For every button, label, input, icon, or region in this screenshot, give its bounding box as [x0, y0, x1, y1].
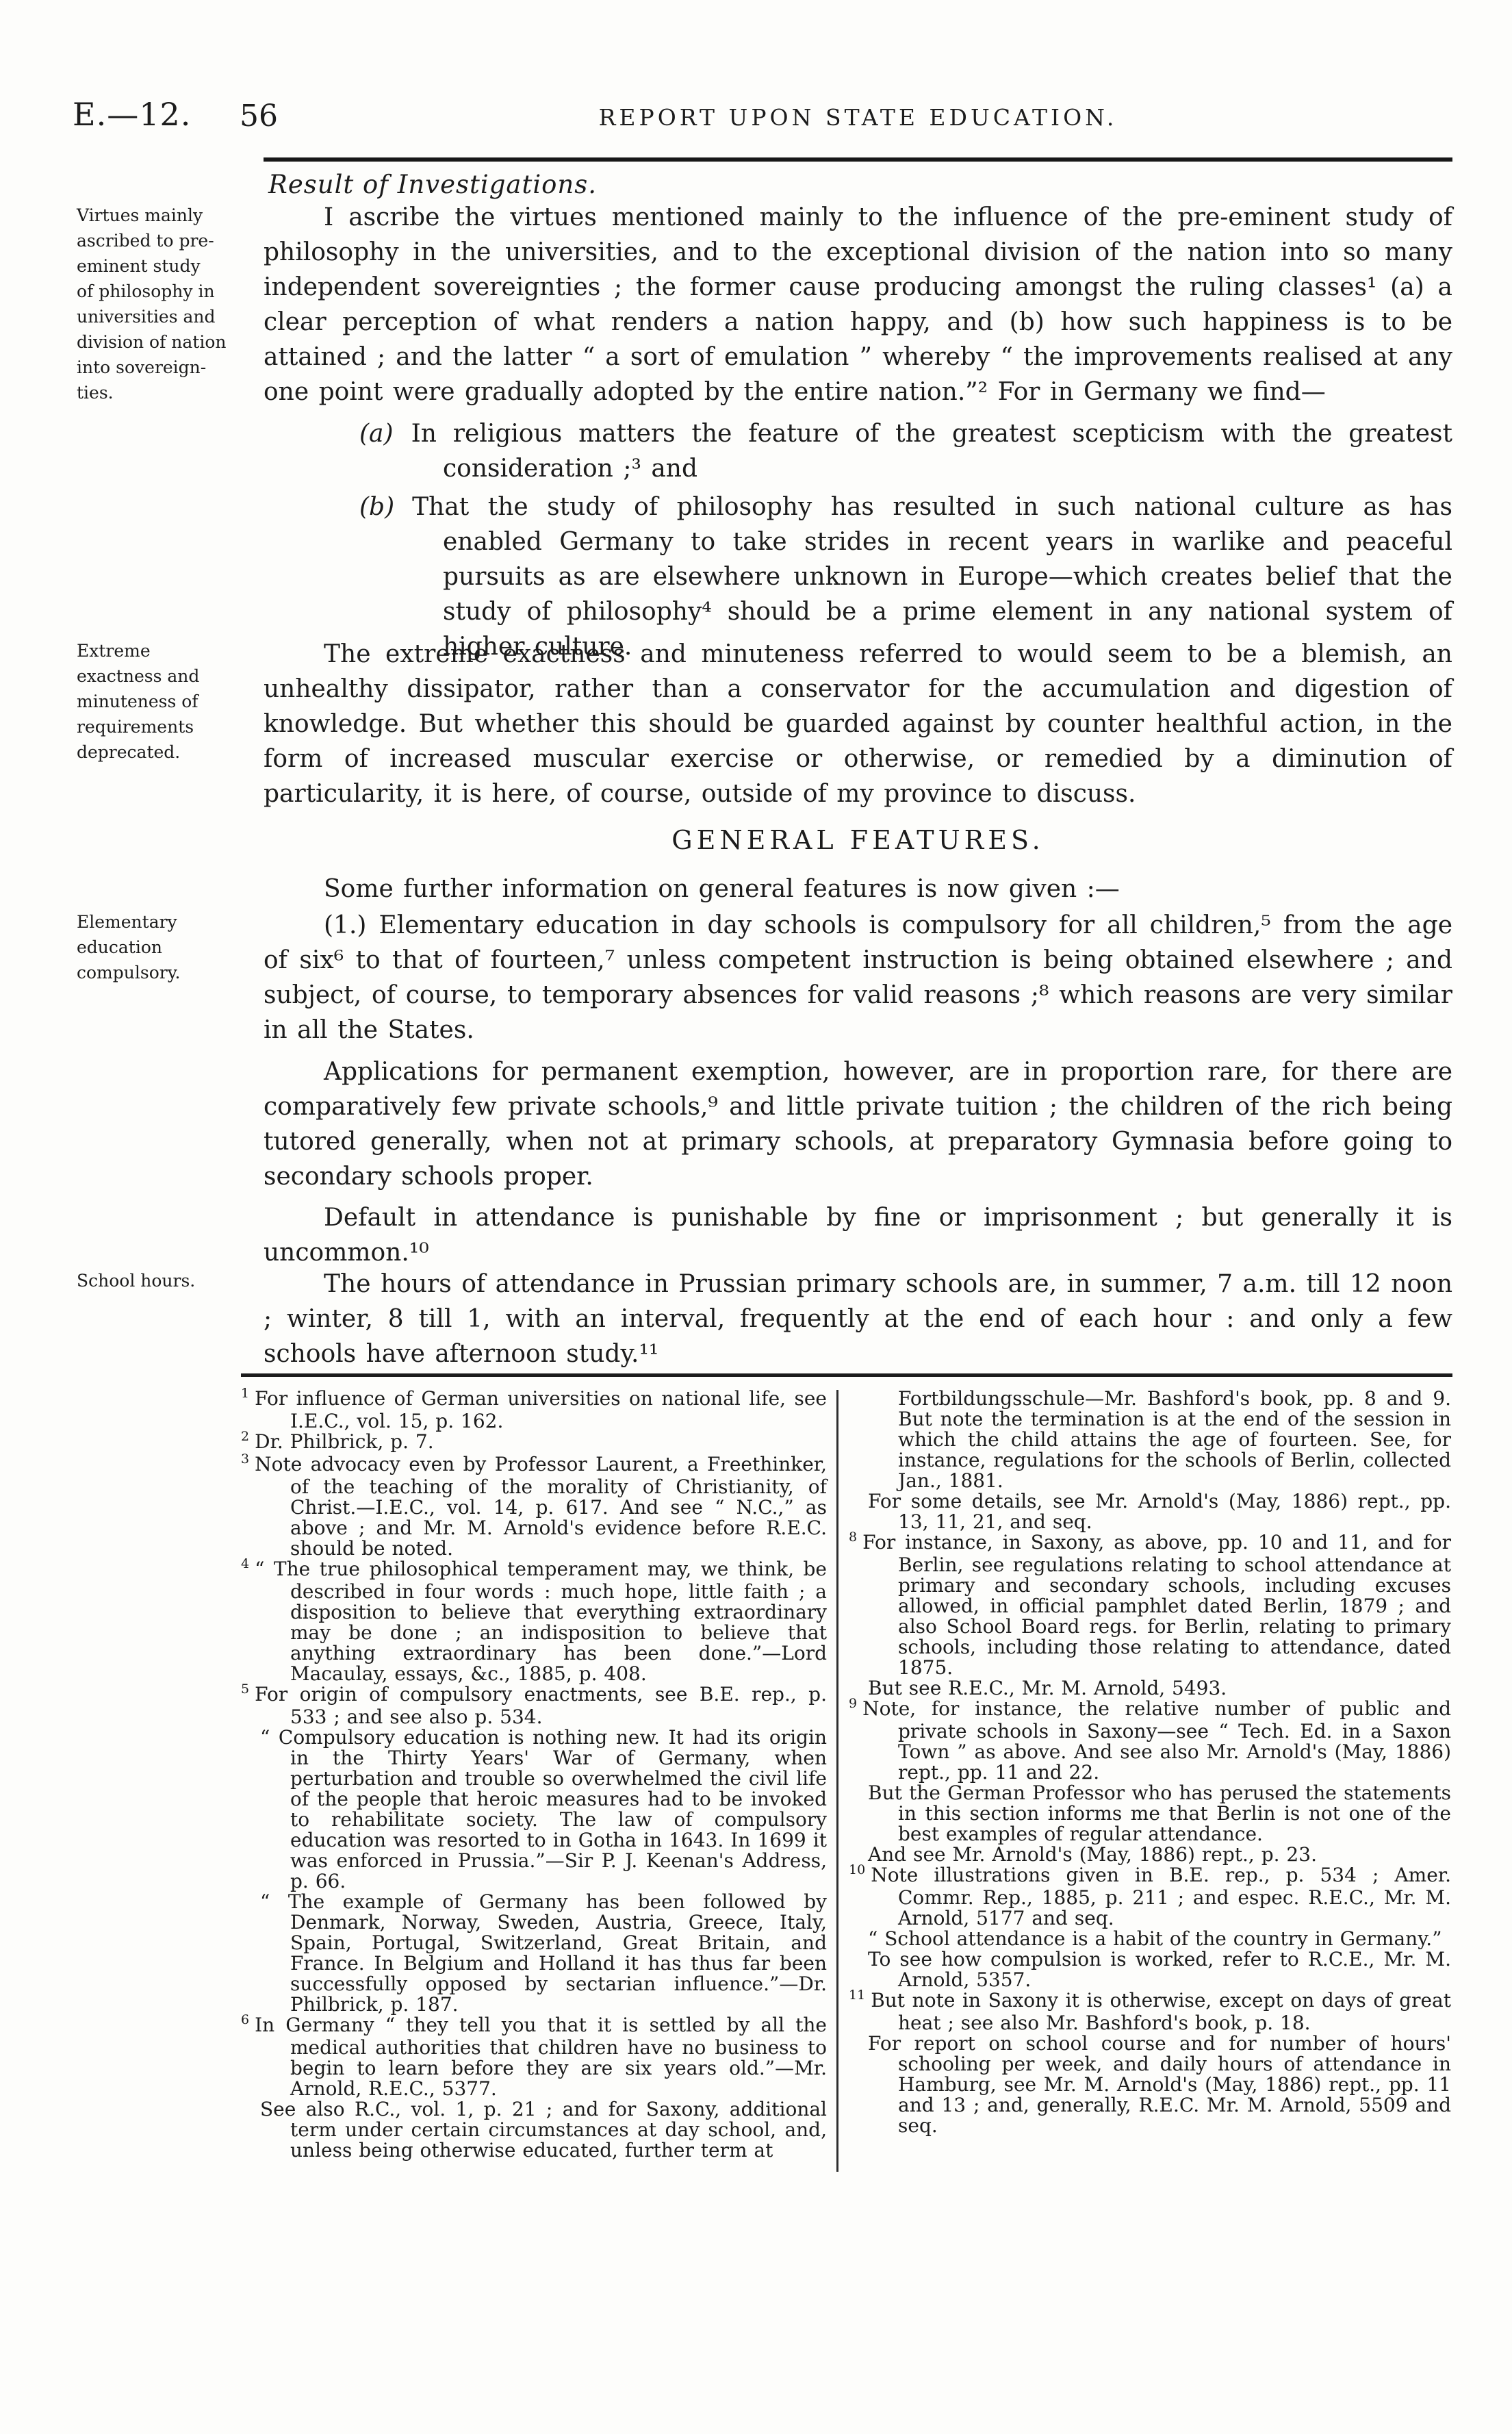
margin-note-line: ascribed to pre-: [77, 228, 244, 253]
footnote-rule: [241, 1373, 1452, 1377]
footnote-8: 8For instance, in Saxony, as above, pp. …: [849, 1532, 1451, 1678]
footnote-marker: 4: [241, 1556, 255, 1571]
margin-note-line: universities and: [77, 304, 244, 329]
footnote-text: For origin of compulsory enactments, see…: [255, 1683, 827, 1728]
margin-note-line: compulsory.: [77, 960, 244, 985]
footnote-text: For influence of German universities on …: [255, 1387, 827, 1432]
footnote-1: 1For influence of German universities on…: [241, 1389, 827, 1432]
footnote-marker: 6: [241, 2012, 255, 2027]
section-heading-result-of-investigations: Result of Investigations.: [268, 170, 597, 199]
body-paragraph-3: (1.) Elementary education in day schools…: [264, 908, 1452, 1048]
footnote-5-continuation-2: “ The example of Germany has been follow…: [241, 1892, 827, 2015]
footnote-text: For instance, in Saxony, as above, pp. 1…: [862, 1531, 1451, 1679]
footnote-7-addendum: For some details, see Mr. Arnold's (May,…: [849, 1491, 1451, 1532]
footnote-8-addendum: But see R.E.C., Mr. M. Arnold, 5493.: [849, 1678, 1451, 1699]
margin-note-line: division of nation: [77, 329, 244, 355]
footnote-11-addendum: For report on school course and for numb…: [849, 2033, 1451, 2136]
footnote-marker: 5: [241, 1682, 255, 1697]
margin-note-line: minuteness of: [77, 689, 244, 714]
margin-note-line: exactness and: [77, 663, 244, 689]
margin-note-line: Virtues mainly: [77, 203, 244, 228]
margin-note-line: deprecated.: [77, 739, 244, 765]
footnote-10: 10Note illustrations given in B.E. rep.,…: [849, 1865, 1451, 1929]
margin-note-line: of philosophy in: [77, 279, 244, 304]
body-paragraph-2: The extreme exactness and minuteness ref…: [264, 637, 1452, 811]
footnote-marker: 8: [849, 1530, 862, 1545]
document-reference: E.—12.: [73, 96, 191, 133]
list-item-a-text: In religious matters the feature of the …: [411, 420, 1452, 483]
margin-note-line: ties.: [77, 380, 244, 405]
body-paragraph-6: The hours of attendance in Prussian prim…: [264, 1267, 1452, 1371]
header-rule: [264, 157, 1452, 162]
margin-note-line: School hours.: [77, 1268, 244, 1293]
footnote-text: “ The true philosophical temperament may…: [255, 1558, 827, 1685]
margin-note-line: Extreme: [77, 638, 244, 663]
footnotes-right-column: Fortbildungsschule—Mr. Bashford's book, …: [849, 1389, 1451, 2136]
footnote-9: 9Note, for instance, the relative number…: [849, 1699, 1451, 1783]
footnote-marker: 9: [849, 1696, 862, 1711]
footnote-9-addendum-1: But the German Professor who has perused…: [849, 1783, 1451, 1844]
margin-note-line: into sovereign-: [77, 355, 244, 380]
footnote-text: Note advocacy even by Professor Laurent,…: [255, 1453, 827, 1560]
footnote-text: Note, for instance, the relative number …: [862, 1697, 1451, 1784]
list-item-b-label: (b): [359, 493, 412, 521]
body-paragraph-1: I ascribe the virtues mentioned mainly t…: [264, 200, 1452, 409]
footnote-marker: 1: [241, 1386, 255, 1401]
section-heading-general-features: GENERAL FEATURES.: [264, 825, 1452, 855]
margin-note-line: requirements: [77, 714, 244, 739]
footnote-text: But note in Saxony it is otherwise, exce…: [871, 1989, 1451, 2034]
footnote-marker: 10: [849, 1862, 871, 1877]
margin-note-line: eminent study: [77, 253, 244, 279]
footnote-10-addendum-2: To see how compulsion is worked, refer t…: [849, 1949, 1451, 1990]
document-title: REPORT UPON STATE EDUCATION.: [264, 104, 1452, 131]
footnote-text: Dr. Philbrick, p. 7.: [255, 1430, 434, 1453]
body-intro: Some further information on general feat…: [264, 872, 1452, 907]
footnotes-left-column: 1For influence of German universities on…: [241, 1389, 827, 2161]
footnote-11: 11But note in Saxony it is otherwise, ex…: [849, 1990, 1451, 2033]
footnote-5-continuation-1: “ Compulsory education is nothing new. I…: [241, 1727, 827, 1892]
footnote-5: 5For origin of compulsory enactments, se…: [241, 1684, 827, 1727]
footnote-7-continuation: Fortbildungsschule—Mr. Bashford's book, …: [849, 1389, 1451, 1491]
footnote-text: Note illustrations given in B.E. rep., p…: [871, 1864, 1451, 1929]
body-paragraph-4: Applications for permanent exemption, ho…: [264, 1054, 1452, 1194]
margin-note-line: Elementary: [77, 909, 244, 935]
footnote-3: 3Note advocacy even by Professor Laurent…: [241, 1454, 827, 1559]
footnote-10-addendum-1: “ School attendance is a habit of the co…: [849, 1929, 1451, 1949]
footnote-2: 2Dr. Philbrick, p. 7.: [241, 1432, 827, 1454]
margin-note-extreme-exactness: Extreme exactness and minuteness of requ…: [77, 638, 244, 765]
footnote-text: In Germany “ they tell you that it is se…: [255, 2014, 827, 2100]
margin-note-line: education: [77, 935, 244, 960]
margin-note-virtues: Virtues mainly ascribed to pre- eminent …: [77, 203, 244, 405]
list-item-a-label: (a): [359, 420, 411, 448]
margin-note-elementary-education: Elementary education compulsory.: [77, 909, 244, 985]
footnote-column-separator: [836, 1390, 838, 2172]
margin-note-school-hours: School hours.: [77, 1268, 244, 1293]
footnote-9-addendum-2: And see Mr. Arnold's (May, 1886) rept., …: [849, 1844, 1451, 1865]
footnote-6-continuation: See also R.C., vol. 1, p. 21 ; and for S…: [241, 2099, 827, 2161]
body-paragraph-5: Default in attendance is punishable by f…: [264, 1200, 1452, 1270]
document-page: E.—12. 56 REPORT UPON STATE EDUCATION. R…: [0, 0, 1512, 2434]
list-item-b-text: That the study of philosophy has resulte…: [412, 493, 1452, 661]
body-list-item-a: (a)In religious matters the feature of t…: [264, 416, 1452, 486]
footnote-marker: 2: [241, 1429, 255, 1444]
footnote-marker: 3: [241, 1451, 255, 1467]
footnote-4: 4“ The true philosophical temperament ma…: [241, 1559, 827, 1684]
footnote-marker: 11: [849, 1988, 871, 2003]
footnote-6: 6In Germany “ they tell you that it is s…: [241, 2015, 827, 2099]
